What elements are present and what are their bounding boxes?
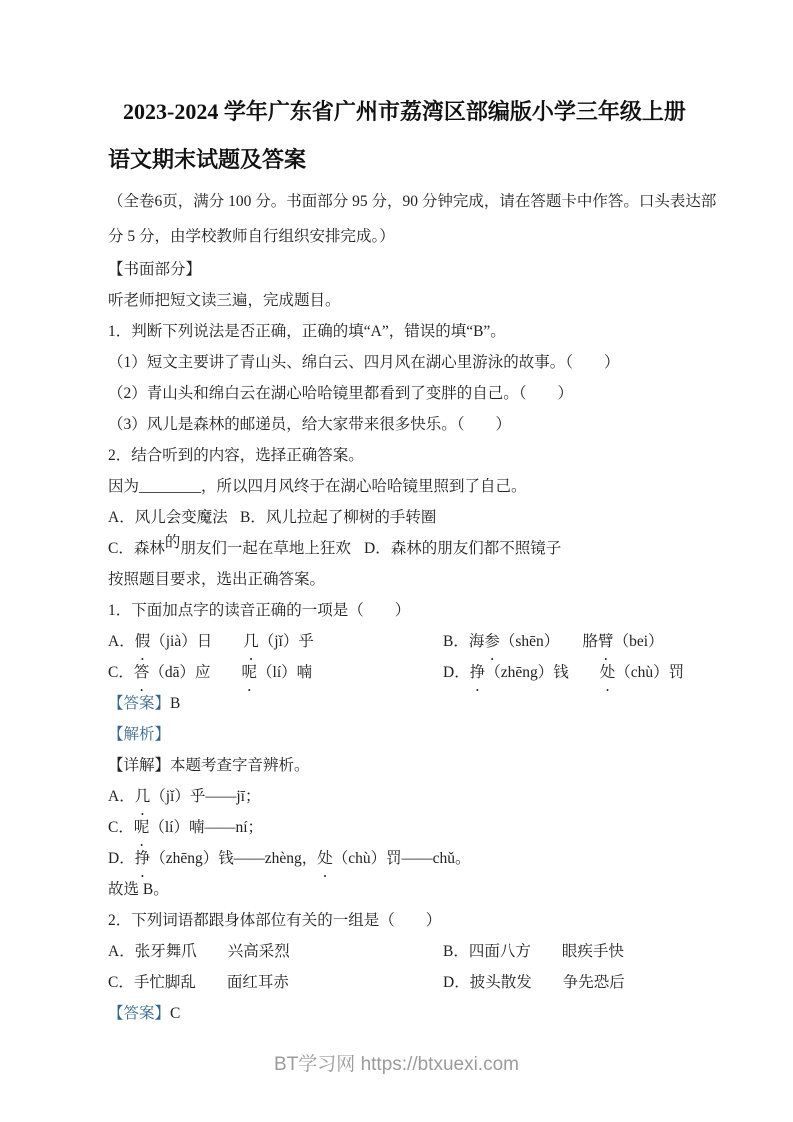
text-segment: C．森林	[108, 540, 165, 557]
exam-document-page: { "page": { "accent_color": "#33658a", "…	[0, 0, 793, 1122]
answer-label: 【答案】	[108, 1005, 170, 1022]
text-segment: （jǐ）乎——jī；	[150, 788, 260, 805]
written-instruction: 按照题目要求，选出正确答案。	[108, 564, 728, 595]
text-segment: （jià）日	[150, 633, 212, 650]
text-segment: 朋友们一起在草地上狂欢	[180, 540, 351, 557]
written-q2-option-b: B．四面八方 眼疾手快	[443, 936, 624, 967]
text-segment: （chù）罚——chǔ。	[333, 850, 471, 867]
listening-q2-stem: 2．结合听到的内容，选择正确答案。	[108, 440, 728, 471]
written-q1-option-d: D．挣（zhēng）钱 处（chù）罚	[443, 657, 684, 688]
dotted-character: 假	[135, 626, 151, 657]
text-segment: A．	[108, 633, 135, 650]
analysis-label: 【解析】	[108, 726, 170, 743]
text-segment	[569, 664, 600, 681]
dotted-character: 处	[600, 657, 616, 688]
listening-instruction: 听老师把短文读三遍，完成题目。	[108, 285, 728, 316]
written-q1-expl-c: C．呢（lí）喃——ní；	[108, 812, 728, 843]
text-segment: D．	[108, 850, 135, 867]
dotted-character: 臂	[598, 626, 614, 657]
text-segment: C．	[108, 664, 134, 681]
written-q1-option-c: C．答（dā）应 呢（lí）喃	[108, 657, 443, 688]
written-q2-answer-value: C	[170, 1005, 180, 1022]
written-q2-option-c: C．手忙脚乱 面红耳赤	[108, 967, 443, 998]
dotted-character: 呢	[134, 812, 150, 843]
text-segment: （lí）喃——ní；	[149, 819, 263, 836]
written-q1-options-row2: C．答（dā）应 呢（lí）喃 D．挣（zhēng）钱 处（chù）罚	[108, 657, 728, 688]
written-q1-stem: 1．下面加点字的读音正确的一项是（ ）	[108, 595, 728, 626]
text-segment: （chù）罚	[615, 664, 684, 681]
listening-q2-option-c: C．森林的朋友们一起在草地上狂欢	[108, 533, 364, 564]
text-segment: （bei）	[614, 633, 664, 650]
exam-intro-line1: （全卷6页，满分 100 分。书面部分 95 分，90 分钟完成，请在答题卡中作…	[108, 184, 728, 219]
section-header-written-part: 【书面部分】	[108, 254, 728, 285]
written-q1-answer-value: B	[170, 695, 180, 712]
dotted-character: 处	[317, 843, 333, 874]
dotted-character: 几	[243, 626, 259, 657]
written-q2-options-row1: A．张牙舞爪 兴高采烈 B．四面八方 眼疾手快	[108, 936, 728, 967]
listening-q1-item3: （3）风儿是森林的邮递员，给大家带来很多快乐。（ ）	[108, 409, 728, 440]
written-q2-answer-line: 【答案】C	[108, 998, 728, 1029]
text-segment: C．	[108, 819, 134, 836]
answer-label: 【答案】	[108, 695, 170, 712]
text-segment: （jǐ）乎	[259, 633, 314, 650]
written-q1-option-b: B．海参（shēn） 胳臂（bei）	[443, 626, 664, 657]
page-title-line1: 2023-2024 学年广东省广州市荔湾区部编版小学三年级上册	[108, 88, 728, 136]
written-q1-answer-line: 【答案】B	[108, 688, 728, 719]
dotted-character: 挣	[470, 657, 486, 688]
dotted-character: 答	[134, 657, 150, 688]
listening-q1-item2: （2）青山头和绵白云在湖心哈哈镜里都看到了变胖的自己。（ ）	[108, 378, 728, 409]
dotted-character: 参	[484, 626, 500, 657]
written-q1-analysis-line: 【解析】	[108, 719, 728, 750]
written-q1-conclusion: 故选 B。	[108, 874, 728, 905]
listening-q2-option-d: D．森林的朋友们都不照镜子	[364, 533, 561, 564]
page-title-line2: 语文期末试题及答案	[108, 136, 728, 184]
listening-q1-stem: 1．判断下列说法是否正确，正确的填“A”，错误的填“B”。	[108, 316, 728, 347]
text-segment: （zhēng）钱	[485, 664, 569, 681]
listening-q2-fill-sentence: 因为________，所以四月风终于在湖心哈哈镜里照到了自己。	[108, 471, 728, 502]
listening-q2-options-row2: C．森林的朋友们一起在草地上狂欢 D．森林的朋友们都不照镜子	[108, 533, 728, 564]
text-segment: （dā）应	[149, 664, 210, 681]
text-segment: 胳	[552, 633, 599, 650]
listening-q2-option-b: B．风儿拉起了柳树的手转圈	[240, 502, 436, 533]
listening-q2-options-row1: A．风儿会变魔法 B．风儿拉起了柳树的手转圈	[108, 502, 728, 533]
text-segment: A．	[108, 788, 135, 805]
dotted-character: 挣	[135, 843, 151, 874]
written-q1-option-a: A．假（jià）日 几（jǐ）乎	[108, 626, 443, 657]
written-q2-option-d: D．披头散发 争先恐后	[443, 967, 625, 998]
dotted-character: 呢	[242, 657, 258, 688]
written-q2-options-row2: C．手忙脚乱 面红耳赤 D．披头散发 争先恐后	[108, 967, 728, 998]
watermark-footer: BT学习网 https://btxuexi.com	[0, 1050, 793, 1080]
written-q1-expl-d: D．挣（zhēng）钱——zhèng，处（chù）罚——chǔ。	[108, 843, 728, 874]
text-segment: D．	[443, 664, 470, 681]
raised-character: 的	[165, 527, 181, 558]
text-segment	[212, 633, 243, 650]
exam-intro-line2: 分 5 分，由学校教师自行组织安排完成。）	[108, 219, 728, 254]
written-q2-stem: 2．下列词语都跟身体部位有关的一组是（ ）	[108, 905, 728, 936]
text-segment: （zhēng）钱——zhèng，	[150, 850, 317, 867]
text-segment	[211, 664, 242, 681]
text-segment: （lí）喃	[257, 664, 312, 681]
document-body: 2023-2024 学年广东省广州市荔湾区部编版小学三年级上册 语文期末试题及答…	[0, 0, 728, 1029]
text-segment: B．海	[443, 633, 484, 650]
written-q1-expl-a: A．几（jǐ）乎——jī；	[108, 781, 728, 812]
written-q1-detail: 【详解】本题考查字音辨析。	[108, 750, 728, 781]
written-q2-option-a: A．张牙舞爪 兴高采烈	[108, 936, 443, 967]
text-segment: （shēn）	[500, 633, 552, 650]
listening-q1-item1: （1）短文主要讲了青山头、绵白云、四月风在湖心里游泳的故事。（ ）	[108, 347, 728, 378]
written-q1-options-row1: A．假（jià）日 几（jǐ）乎 B．海参（shēn） 胳臂（bei）	[108, 626, 728, 657]
dotted-character: 几	[135, 781, 151, 812]
